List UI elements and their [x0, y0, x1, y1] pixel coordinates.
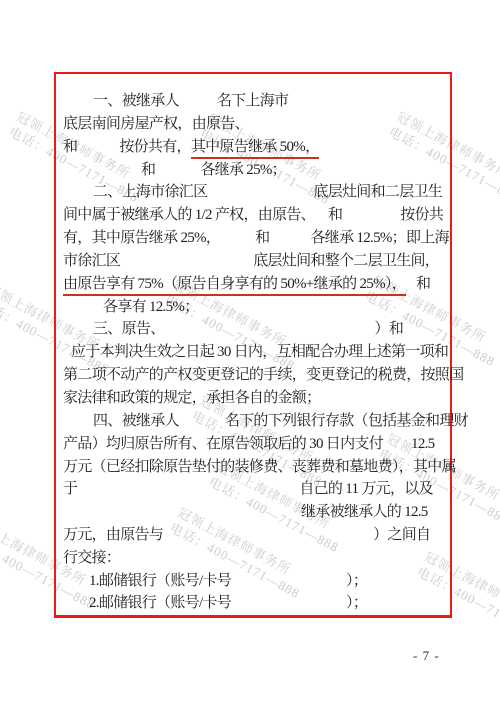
- line-text: 第二项不动产的产权变更登记的手续，变更登记的税费，按照国: [63, 367, 463, 383]
- scanned-judgment-page: 冠领上海律师事务所电话：400—7171—888冠领上海律师事务所电话：400—…: [0, 0, 500, 707]
- redacted-blank: [63, 354, 71, 356]
- line-text: 底层灶间和二层卫生: [313, 184, 442, 200]
- text-line: 二、上海市徐汇区底层灶间和二层卫生: [63, 182, 442, 202]
- redacted-blank: [77, 149, 119, 151]
- redacted-blank: [63, 423, 93, 425]
- redacted-blank: [179, 103, 217, 105]
- text-line: 1.邮储银行（账号/卡号）；: [63, 571, 367, 591]
- red-underlined-text: 由原告享有 75%（原告自身享有的 50%+继承的 25%），: [63, 276, 406, 296]
- text-line: 于自己的 11 万元，以及: [63, 479, 433, 499]
- line-text: 和: [141, 162, 155, 178]
- line-text: 万元（已经扣除原告垫付的装修费、丧葬费和墓地费），其中属: [63, 459, 456, 475]
- redacted-blank: [231, 583, 346, 585]
- redacted-blank: [155, 172, 200, 174]
- redacted-blank: [63, 583, 89, 585]
- text-line: 产品）均归原告所有、在原告领取后的 30 日内支付12.5: [63, 434, 434, 454]
- line-text: 2.邮储银行（账号/卡号: [89, 595, 231, 611]
- line-text: 于: [63, 481, 77, 497]
- line-text: 市徐汇区: [63, 253, 120, 269]
- line-text: 一、被继承人: [93, 93, 179, 109]
- redacted-blank: [207, 194, 313, 196]
- redacted-blank: [220, 240, 255, 242]
- line-text: 和: [63, 139, 77, 155]
- line-text: 各享有 12.5%；: [103, 299, 199, 315]
- text-line: 家法律和政策的规定，承担各自的金额；: [63, 388, 320, 408]
- text-line: 底层南间房屋产权，由原告、: [63, 114, 249, 134]
- line-text: ）和: [375, 321, 404, 337]
- line-text: 名下的下列银行存款（包括基金和理财: [225, 413, 468, 429]
- text-line: 间中属于被继承人的 1/2 产权，由原告、和按份共: [63, 205, 443, 225]
- line-text: 应于本判决生效之日起 30 日内，互相配合办理上述第一项和: [71, 344, 448, 360]
- redacted-blank: [165, 331, 375, 333]
- text-line: 市徐汇区底层灶间和整个二层卫生间，: [63, 251, 439, 271]
- text-line: 万元，由原告与）之间自: [63, 525, 430, 545]
- line-text: 三、原告、: [93, 321, 165, 337]
- redacted-blank: [63, 331, 93, 333]
- line-text: 有，其中原告继承 25%，: [63, 230, 220, 246]
- line-text: 按份共: [400, 207, 443, 223]
- line-text: 和: [255, 230, 269, 246]
- text-line: 2.邮储银行（账号/卡号）；: [63, 593, 367, 613]
- text-line: 有，其中原告继承 25%，和各继承 12.5%；即上海: [63, 228, 449, 248]
- redacted-blank: [63, 514, 301, 516]
- text-line: 四、被继承人名下的下列银行存款（包括基金和理财: [63, 411, 468, 431]
- redacted-blank: [231, 605, 346, 607]
- line-text: 间中属于被继承人的 1/2 产权，由原告、: [63, 207, 315, 223]
- text-layer: 一、被继承人名下上海市底层南间房屋产权，由原告、和按份共有，其中原告继承 50%…: [0, 0, 500, 707]
- line-text: ）；: [346, 595, 367, 611]
- redacted-blank: [120, 263, 253, 265]
- redacted-blank: [406, 286, 416, 288]
- redacted-blank: [179, 423, 225, 425]
- line-text: 按份共有，: [119, 139, 191, 155]
- redacted-blank: [63, 172, 141, 174]
- text-line: 和按份共有，其中原告继承 50%，: [63, 137, 319, 157]
- line-text: 各继承 12.5%；即上海: [310, 230, 448, 246]
- line-text: ）之间自: [373, 527, 430, 543]
- redacted-blank: [63, 309, 103, 311]
- text-line: 各享有 12.5%；: [63, 297, 199, 317]
- line-text: 自己的 11 万元，以及: [299, 481, 433, 497]
- redacted-blank: [269, 240, 310, 242]
- line-text: 和: [328, 207, 342, 223]
- redacted-blank: [342, 217, 400, 219]
- text-line: 三、原告、）和: [63, 319, 403, 339]
- redacted-blank: [63, 194, 93, 196]
- line-text: 产品）均归原告所有、在原告领取后的 30 日内支付: [63, 436, 383, 452]
- line-text: 二、上海市徐汇区: [93, 184, 207, 200]
- redacted-blank: [77, 491, 299, 493]
- red-underlined-text: 其中原告继承 50%，: [191, 139, 320, 159]
- text-line: 行交接：: [63, 548, 120, 568]
- line-text: 各继承 25%；: [200, 162, 286, 178]
- text-line: 继承被继承人的 12.5: [63, 502, 428, 522]
- text-line: 第二项不动产的产权变更登记的手续，变更登记的税费，按照国: [63, 365, 463, 385]
- line-text: 行交接：: [63, 550, 120, 566]
- line-text: 继承被继承人的 12.5: [301, 504, 428, 520]
- redacted-blank: [315, 217, 328, 219]
- line-text: 四、被继承人: [93, 413, 179, 429]
- line-text: 1.邮储银行（账号/卡号: [89, 573, 231, 589]
- text-line: 应于本判决生效之日起 30 日内，互相配合办理上述第一项和: [63, 342, 448, 362]
- line-text: 底层灶间和整个二层卫生间，: [253, 253, 439, 269]
- page-number: - 7 -: [413, 648, 440, 664]
- redacted-blank: [63, 103, 93, 105]
- text-line: 由原告享有 75%（原告自身享有的 50%+继承的 25%），和: [63, 274, 430, 294]
- line-text: 12.5: [411, 436, 434, 452]
- line-text: 底层南间房屋产权，由原告、: [63, 116, 249, 132]
- text-line: 一、被继承人名下上海市: [63, 91, 288, 111]
- line-text: 家法律和政策的规定，承担各自的金额；: [63, 390, 320, 406]
- redacted-blank: [383, 446, 411, 448]
- line-text: 和: [416, 276, 430, 292]
- line-text: 名下上海市: [217, 93, 289, 109]
- line-text: 万元，由原告与: [63, 527, 163, 543]
- text-line: 万元（已经扣除原告垫付的装修费、丧葬费和墓地费），其中属: [63, 457, 456, 477]
- redacted-blank: [163, 537, 373, 539]
- text-line: 和各继承 25%；: [63, 160, 286, 180]
- redacted-blank: [63, 605, 89, 607]
- line-text: ）；: [346, 573, 367, 589]
